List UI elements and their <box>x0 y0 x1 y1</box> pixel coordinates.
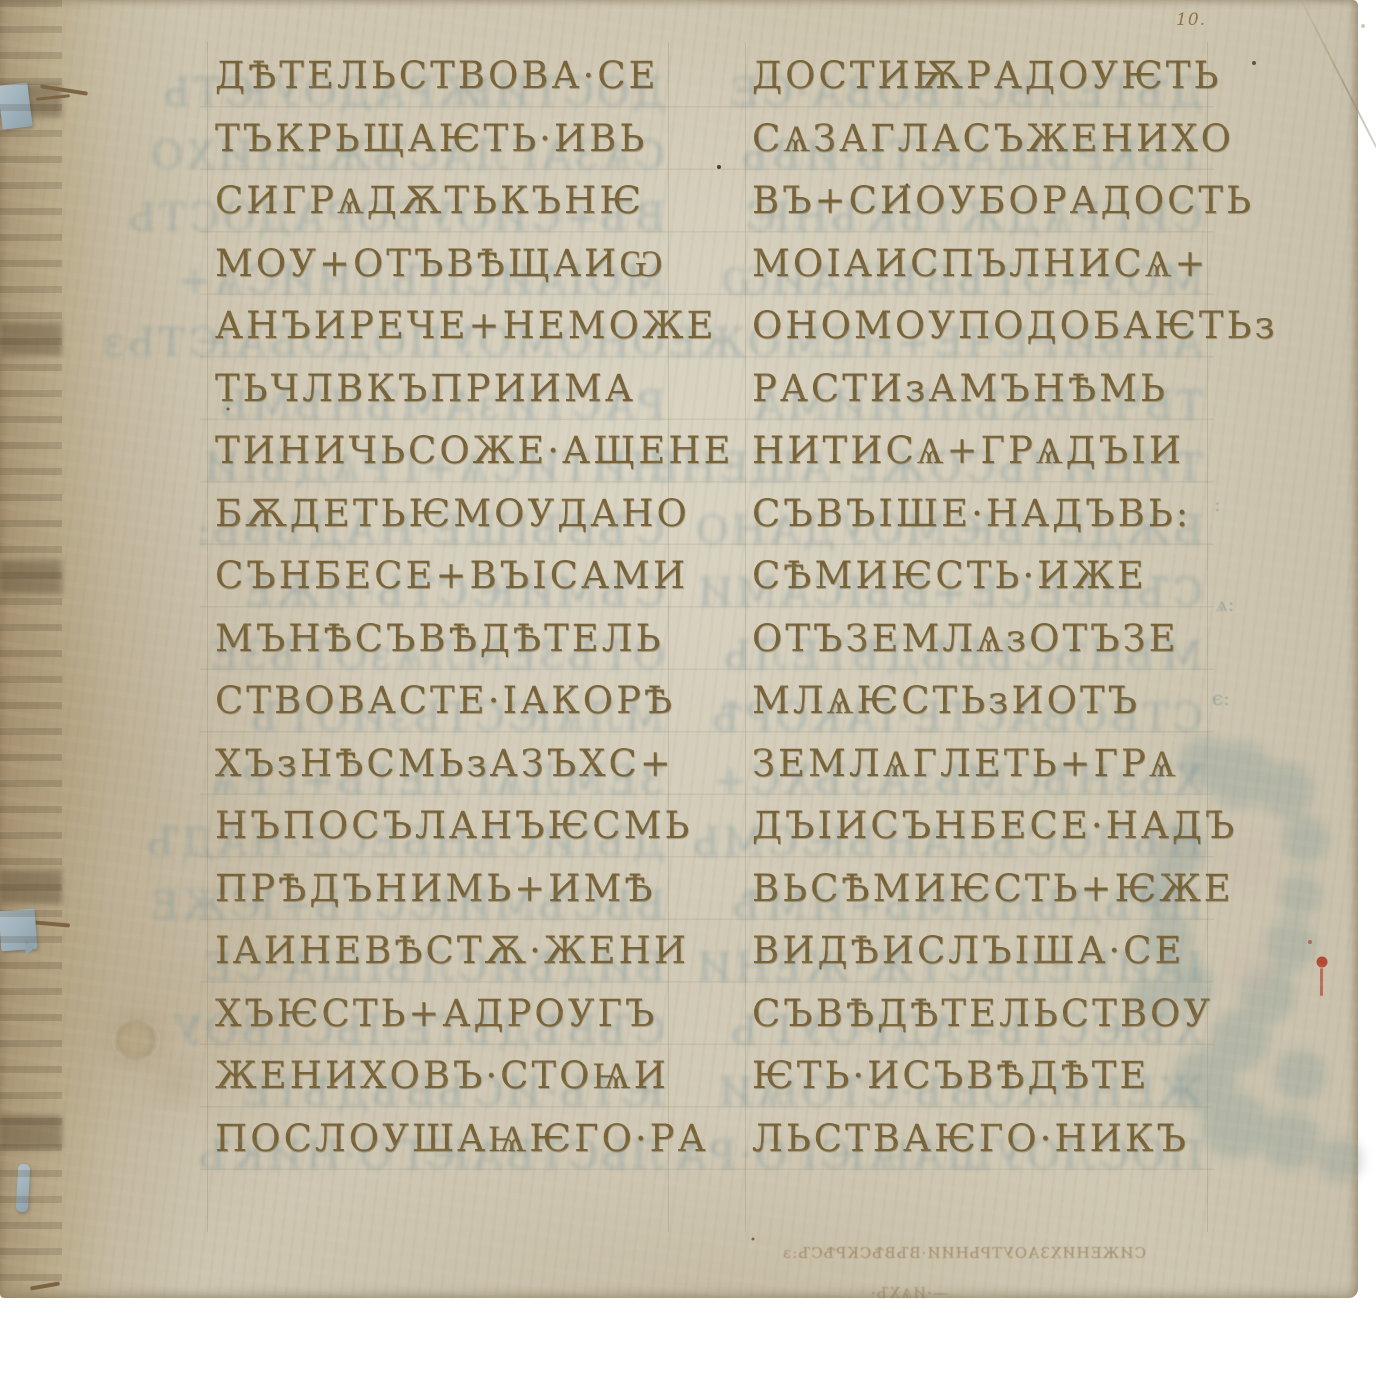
marginalia-line: —·ИѦХЪ· <box>768 1284 948 1303</box>
binding-fiber <box>30 1281 60 1290</box>
manuscript-line: ХЪзНѢСМЬзАЗЪХС+ <box>215 733 670 796</box>
margin-mark: є: <box>1212 686 1230 710</box>
sewing-band <box>0 322 62 356</box>
manuscript-line: ДЪІИСЪНБЕСЕ·НАДЪ <box>752 795 1210 858</box>
manuscript-line: СѢМИѤСТЬ·ИЖЕ <box>752 545 1210 608</box>
manuscript-line: МЛѦѤСТЬзИОТЪ <box>752 670 1210 733</box>
text-column-right: ДОСТИѬРАДОУѤТЬ СѦЗАГЛАСЪЖЕНИХО ВЪ+СИОУБО… <box>752 45 1210 1170</box>
manuscript-line: ДѢТЕЛЬСТВОВА·СЕ <box>215 45 670 108</box>
manuscript-line: ЛЬСТВАѤГО·НИКЪ <box>752 1108 1210 1171</box>
manuscript-line: ЗЕМЛѦГЛЕТЬ+ГРѦ <box>752 733 1210 796</box>
parchment-smudge <box>132 1052 222 1112</box>
manuscript-line: НЪПОСЪЛАНЪѤСМЬ <box>215 795 670 858</box>
marginalia-line: СИЖЕНИХЗАОУТРЬНИИ·ВЪВѢСКРѢСЪ:з <box>748 1244 1146 1262</box>
margin-mark: : <box>1214 492 1221 516</box>
corner-crease <box>1288 0 1376 210</box>
sewing-band <box>0 84 62 118</box>
manuscript-line: СЪНБЕСЕ+ВЪІСАМИ <box>215 545 670 608</box>
manuscript-line: СЪВѢДѢТЕЛЬСТВОУ <box>752 983 1210 1046</box>
bookmark-tab <box>0 82 33 129</box>
manuscript-line: ІАИНЕВѢСТѪ·ЖЕНИ <box>215 920 670 983</box>
manuscript-line: ТЪКРЬЩАѤТЬ·ИВЬ <box>215 108 670 171</box>
manuscript-line: ТЬЧЛВКЪПРИИМА <box>215 358 670 421</box>
bookmark-tab <box>0 909 37 951</box>
manuscript-photo: ДѢТЕЛЬСТВОВА·СЕ ТЪКРЬЩАѤТЬ·ИВЬ СИГРѦДѪТЬ… <box>0 0 1376 1376</box>
manuscript-line: МОІАИСПЪЛНИСѦ+ <box>752 233 1210 296</box>
book-spine <box>0 0 62 1298</box>
manuscript-line: СѦЗАГЛАСЪЖЕНИХО <box>752 108 1210 171</box>
manuscript-line: ВЪ+СИОУБОРАДОСТЬ <box>752 170 1210 233</box>
manuscript-line: ТИНИЧЬСОЖЕ·АЩЕНЕ <box>215 420 670 483</box>
manuscript-line: ОНОМОУПОДОБАѤТЬз <box>752 295 1210 358</box>
manuscript-line: СТВОВАСТЕ·ІАКОРѢ <box>215 670 670 733</box>
manuscript-line: МЪНѢСЪВѢДѢТЕЛЬ <box>215 608 670 671</box>
sewing-band <box>0 870 62 904</box>
parchment-page: ДѢТЕЛЬСТВОВА·СЕ ТЪКРЬЩАѤТЬ·ИВЬ СИГРѦДѪТЬ… <box>0 0 1358 1298</box>
sewing-band <box>0 1115 62 1149</box>
manuscript-line: МОУ+ОТЪВѢЩАИѠ <box>215 233 670 296</box>
manuscript-line: АНЪИРЕЧЕ+НЕМОЖЕ <box>215 295 670 358</box>
manuscript-line: ВЬСѢМИѤСТЬ+ѤЖЕ <box>752 858 1210 921</box>
manuscript-line: ЖЕНИХОВЪ·СТОѨИ <box>215 1045 670 1108</box>
manuscript-line: ВИДѢИСЛЪІША·СЕ <box>752 920 1210 983</box>
margin-mark: ѧ: <box>1216 592 1235 617</box>
manuscript-line: БѪДЕТЬѤМОУДАНО <box>215 483 670 546</box>
manuscript-line: СИГРѦДѪТЬКЪНѤ <box>215 170 670 233</box>
manuscript-line: ПРѢДЪНИМЬ+ИМѢ <box>215 858 670 921</box>
bookmark-tab <box>16 1164 30 1213</box>
manuscript-line: СЪВЪІШЕ·НАДЪВЬ: <box>752 483 1210 546</box>
manuscript-line: ДОСТИѬРАДОУѤТЬ <box>752 45 1210 108</box>
manuscript-line: РАСТИзАМЪНѢМЬ <box>752 358 1210 421</box>
manuscript-line: НИТИСѦ+ГРѦДЪІИ <box>752 420 1210 483</box>
manuscript-line: ѤТЬ·ИСЪВѢДѢТЕ <box>752 1045 1210 1108</box>
folio-number: 10. <box>1176 10 1206 30</box>
manuscript-line: ХЪѤСТЬ+АДРОУГЪ <box>215 983 670 1046</box>
manuscript-line: ОТЪЗЕМЛѦзОТЪЗЕ <box>752 608 1210 671</box>
manuscript-line: ПОСЛОУШАѨѤГО·РА <box>215 1108 670 1171</box>
sewing-band <box>0 560 62 594</box>
text-column-left: ДѢТЕЛЬСТВОВА·СЕ ТЪКРЬЩАѤТЬ·ИВЬ СИГРѦДѪТЬ… <box>215 45 670 1170</box>
